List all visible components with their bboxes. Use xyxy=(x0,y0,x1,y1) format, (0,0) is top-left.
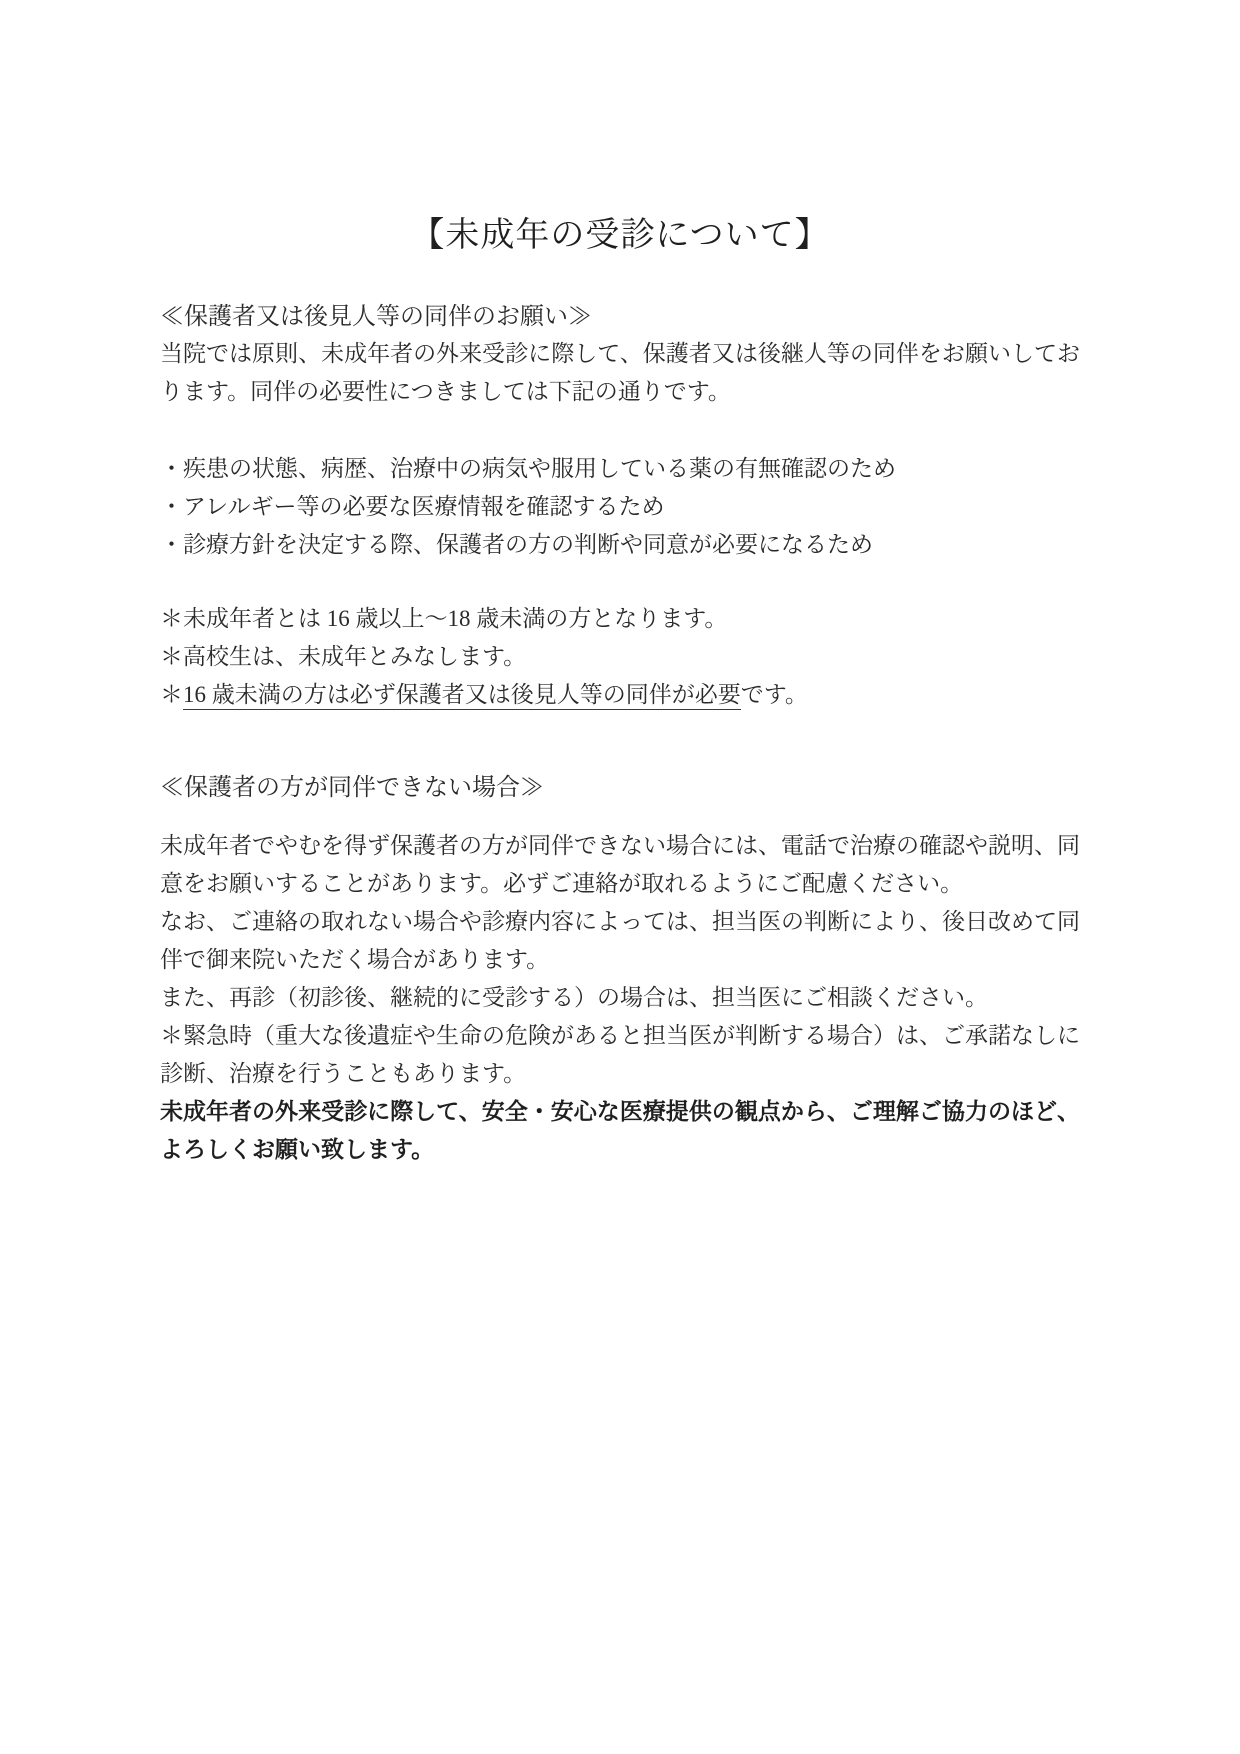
bullet-list: ・疾患の状態、病歴、治療中の病気や服用している薬の有無確認のため ・アレルギー等… xyxy=(160,450,1080,564)
bullet-item-allergy-info: ・アレルギー等の必要な医療情報を確認するため xyxy=(160,488,1080,526)
emergency-note: ＊緊急時（重大な後遺症や生命の危険があると担当医が判断する場合）は、ご承諾なしに… xyxy=(160,1017,1080,1093)
note-under-16: ＊16 歳未満の方は必ず保護者又は後見人等の同伴が必要です。 xyxy=(160,676,1080,714)
document-content: 【未成年の受診について】 ≪保護者又は後見人等の同伴のお願い≫ 当院では原則、未… xyxy=(160,212,1080,1169)
note-under-16-underlined-text: 16 歳未満の方は必ず保護者又は後見人等の同伴が必要 xyxy=(183,682,741,710)
section-heading-cannot-accompany: ≪保護者の方が同伴できない場合≫ xyxy=(160,770,1080,806)
section-heading-companion-request: ≪保護者又は後見人等の同伴のお願い≫ xyxy=(160,299,1080,335)
bullet-item-disease-status: ・疾患の状態、病歴、治療中の病気や服用している薬の有無確認のため xyxy=(160,450,1080,488)
intro-paragraph: 当院では原則、未成年者の外来受診に際して、保護者又は後継人等の同伴をお願いしてお… xyxy=(160,335,1080,411)
bullet-item-treatment-policy: ・診療方針を決定する際、保護者の方の判断や同意が必要になるため xyxy=(160,526,1080,564)
page-title: 【未成年の受診について】 xyxy=(160,212,1080,260)
closing-paragraph: 未成年者の外来受診に際して、安全・安心な医療提供の観点から、ご理解ご協力のほど、… xyxy=(160,1093,1080,1169)
note-age-range: ＊未成年者とは 16 歳以上～18 歳未満の方となります。 xyxy=(160,600,1080,638)
paragraph-line-followup-consult: また、再診（初診後、継続的に受診する）の場合は、担当医にご相談ください。 xyxy=(160,979,1080,1017)
document-page: 【未成年の受診について】 ≪保護者又は後見人等の同伴のお願い≫ 当院では原則、未… xyxy=(0,0,1240,1754)
notes-list: ＊未成年者とは 16 歳以上～18 歳未満の方となります。 ＊高校生は、未成年と… xyxy=(160,600,1080,714)
note-highschool: ＊高校生は、未成年とみなします。 xyxy=(160,638,1080,676)
paragraph-line-phone-confirmation: 未成年者でやむを得ず保護者の方が同伴できない場合には、電話で治療の確認や説明、同… xyxy=(160,827,1080,903)
cannot-accompany-paragraph: 未成年者でやむを得ず保護者の方が同伴できない場合には、電話で治療の確認や説明、同… xyxy=(160,827,1080,1017)
paragraph-line-revisit-later: なお、ご連絡の取れない場合や診療内容によっては、担当医の判断により、後日改めて同… xyxy=(160,903,1080,979)
note-under-16-suffix: です。 xyxy=(741,682,808,707)
note-under-16-prefix: ＊ xyxy=(160,682,183,707)
